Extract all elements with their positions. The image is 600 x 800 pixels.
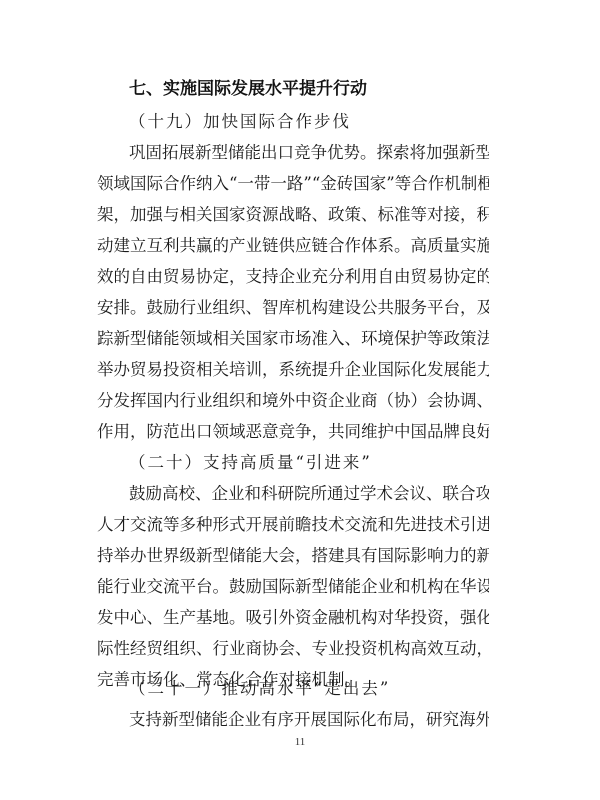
paragraph-line: 作用，防范出口领域恶意竞争，共同维护中国品牌良好形象。 bbox=[97, 416, 489, 447]
paragraph-line: 鼓励高校、企业和科研院所通过学术会议、联合攻关、 bbox=[129, 478, 489, 509]
subsection-title-21: （二十一）推动高水平“走出去” bbox=[129, 673, 489, 704]
paragraph-line: 发中心、生产基地。吸引外资金融机构对华投资，强化与国 bbox=[97, 602, 489, 633]
paragraph-line: 支持新型储能企业有序开展国际化布局，研究海外布局 bbox=[129, 704, 489, 735]
paragraph-line: 能行业交流平台。鼓励国际新型储能企业和机构在华设立研 bbox=[97, 571, 489, 602]
subsection-title-19: （十九）加快国际合作步伐 bbox=[129, 106, 489, 137]
subsection-title-20: （二十）支持高质量“引进来” bbox=[129, 447, 489, 478]
page-number: 11 bbox=[0, 736, 600, 748]
document-page: 七、实施国际发展水平提升行动 （十九）加快国际合作步伐 巩固拓展新型储能出口竞争… bbox=[0, 0, 600, 800]
paragraph-line: 动建立互利共赢的产业链供应链合作体系。高质量实施已生 bbox=[97, 230, 489, 261]
section-heading: 七、实施国际发展水平提升行动 bbox=[129, 74, 521, 105]
paragraph-line: 举办贸易投资相关培训，系统提升企业国际化发展能力。充 bbox=[97, 354, 489, 385]
paragraph-line: 巩固拓展新型储能出口竞争优势。探索将加强新型储能 bbox=[129, 137, 489, 168]
paragraph-line: 安排。鼓励行业组织、智库机构建设公共服务平台，及时跟 bbox=[97, 292, 489, 323]
paragraph-line: 架，加强与相关国家资源战略、政策、标准等对接，积极推 bbox=[97, 199, 489, 230]
paragraph-line: 效的自由贸易协定，支持企业充分利用自由贸易协定的优惠 bbox=[97, 261, 489, 292]
paragraph-line: 人才交流等多种形式开展前瞻技术交流和先进技术引进，支 bbox=[97, 509, 489, 540]
paragraph-line: 际性经贸组织、行业商协会、专业投资机构高效互动，建立 bbox=[97, 633, 489, 664]
paragraph-line: 持举办世界级新型储能大会，搭建具有国际影响力的新型储 bbox=[97, 540, 489, 571]
paragraph-line: 领域国际合作纳入“一带一路”“金砖国家”等合作机制框 bbox=[97, 168, 489, 199]
paragraph-line: 踪新型储能领域相关国家市场准入、环境保护等政策法规， bbox=[97, 323, 489, 354]
paragraph-line: 分发挥国内行业组织和境外中资企业商（协）会协调、自律 bbox=[97, 385, 489, 416]
